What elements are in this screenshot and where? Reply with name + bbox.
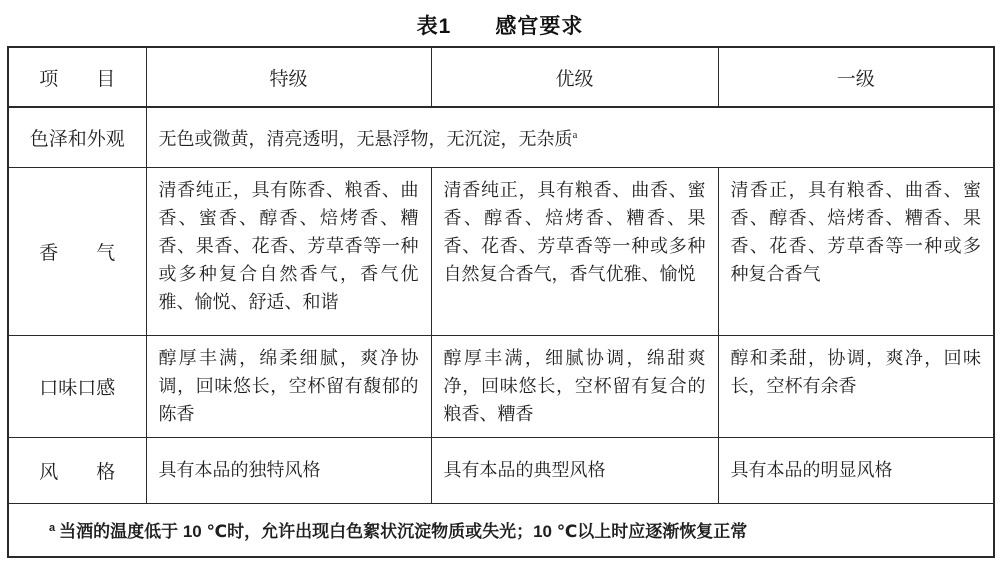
footnote-superscript-a: a <box>49 522 55 534</box>
style-premium-value: 具有本品的独特风格 <box>146 437 431 503</box>
style-first-value: 具有本品的明显风格 <box>718 437 994 503</box>
aroma-superior-value: 清香纯正，具有粮香、曲香、蜜香、醇香、焙烤香、糟香、果香、花香、芳草香等一种或多… <box>431 167 718 335</box>
color-appearance-value: 无色或微黄，清亮透明，无悬浮物，无沉淀，无杂质a <box>146 107 994 167</box>
row-aroma: 香 气 清香纯正，具有陈香、粮香、曲香、蜜香、醇香、焙烤香、糟香、果香、花香、芳… <box>8 167 994 335</box>
row-label-style: 风 格 <box>8 437 146 503</box>
sensory-requirements-table: 项 目 特级 优级 一级 色泽和外观 无色或微黄，清亮透明，无悬浮物，无沉淀，无… <box>7 46 995 558</box>
footnote-marker-a: a <box>573 129 578 141</box>
footnote-text: 当酒的温度低于 10 ℃时，允许出现白色絮状沉淀物质或失光；10 ℃以上时应逐渐… <box>59 522 747 541</box>
header-premium-grade: 特级 <box>146 47 431 107</box>
footnote-row: a当酒的温度低于 10 ℃时，允许出现白色絮状沉淀物质或失光；10 ℃以上时应逐… <box>8 503 994 557</box>
color-appearance-text: 无色或微黄，清亮透明，无悬浮物，无沉淀，无杂质 <box>159 129 573 149</box>
row-label-taste-mouthfeel: 口味口感 <box>8 335 146 437</box>
aroma-first-value: 清香正，具有粮香、曲香、蜜香、醇香、焙烤香、糟香、果香、花香、芳草香等一种或多种… <box>718 167 994 335</box>
style-superior-value: 具有本品的典型风格 <box>431 437 718 503</box>
header-row: 项 目 特级 优级 一级 <box>8 47 994 107</box>
table-title: 表1 感官要求 <box>0 0 1000 46</box>
taste-premium-value: 醇厚丰满，绵柔细腻，爽净协调，回味悠长，空杯留有馥郁的陈香 <box>146 335 431 437</box>
row-label-color-appearance: 色泽和外观 <box>8 107 146 167</box>
footnote-cell: a当酒的温度低于 10 ℃时，允许出现白色絮状沉淀物质或失光；10 ℃以上时应逐… <box>8 503 994 557</box>
document-page: 表1 感官要求 项 目 特级 优级 一级 色泽和外观 无色或微黄，清亮透明，无悬… <box>0 0 1000 584</box>
row-taste-mouthfeel: 口味口感 醇厚丰满，绵柔细腻，爽净协调，回味悠长，空杯留有馥郁的陈香 醇厚丰满，… <box>8 335 994 437</box>
row-color-appearance: 色泽和外观 无色或微黄，清亮透明，无悬浮物，无沉淀，无杂质a <box>8 107 994 167</box>
row-label-aroma: 香 气 <box>8 167 146 335</box>
header-first-grade: 一级 <box>718 47 994 107</box>
aroma-premium-value: 清香纯正，具有陈香、粮香、曲香、蜜香、醇香、焙烤香、糟香、果香、花香、芳草香等一… <box>146 167 431 335</box>
taste-superior-value: 醇厚丰满，细腻协调，绵甜爽净，回味悠长，空杯留有复合的粮香、糟香 <box>431 335 718 437</box>
header-item: 项 目 <box>8 47 146 107</box>
row-style: 风 格 具有本品的独特风格 具有本品的典型风格 具有本品的明显风格 <box>8 437 994 503</box>
taste-first-value: 醇和柔甜，协调，爽净，回味长，空杯有余香 <box>718 335 994 437</box>
header-superior-grade: 优级 <box>431 47 718 107</box>
